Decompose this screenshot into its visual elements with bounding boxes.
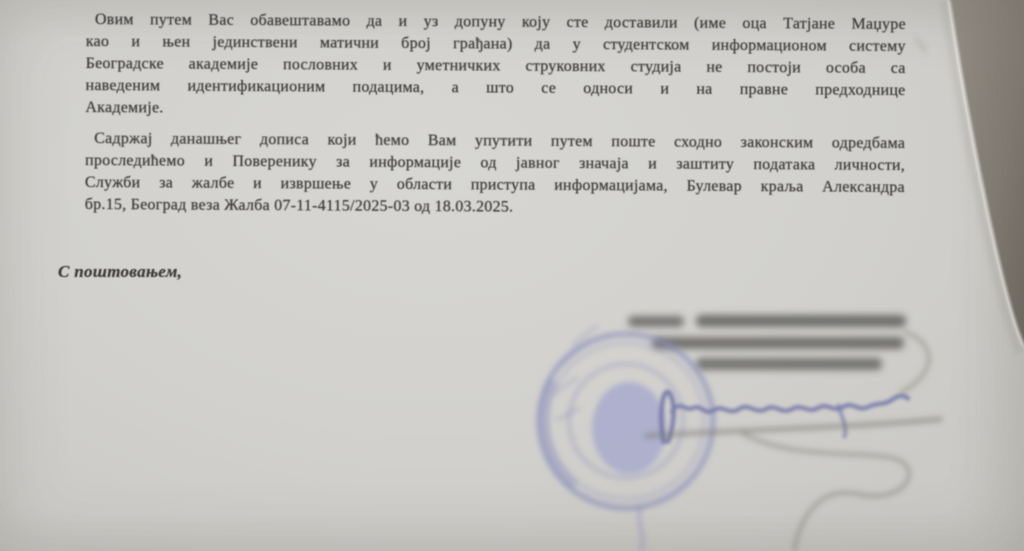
handwritten-signature (661, 392, 909, 444)
document-paragraph-1: Овим путем Вас обавештавамо да и уз допу… (85, 9, 906, 124)
document-photo: Овим путем Вас обавештавамо да и уз допу… (0, 0, 1024, 551)
closing-salutation: С поштовањем, (58, 262, 182, 282)
document-paragraph-2: Садржај данашњег дописа који ћемо Вам уп… (85, 128, 906, 221)
desk-background (944, 0, 1024, 352)
official-stamp (539, 325, 713, 551)
letter-body: Овим путем Вас обавештавамо да и уз допу… (85, 9, 906, 221)
stamp-text-blurred (628, 315, 906, 370)
